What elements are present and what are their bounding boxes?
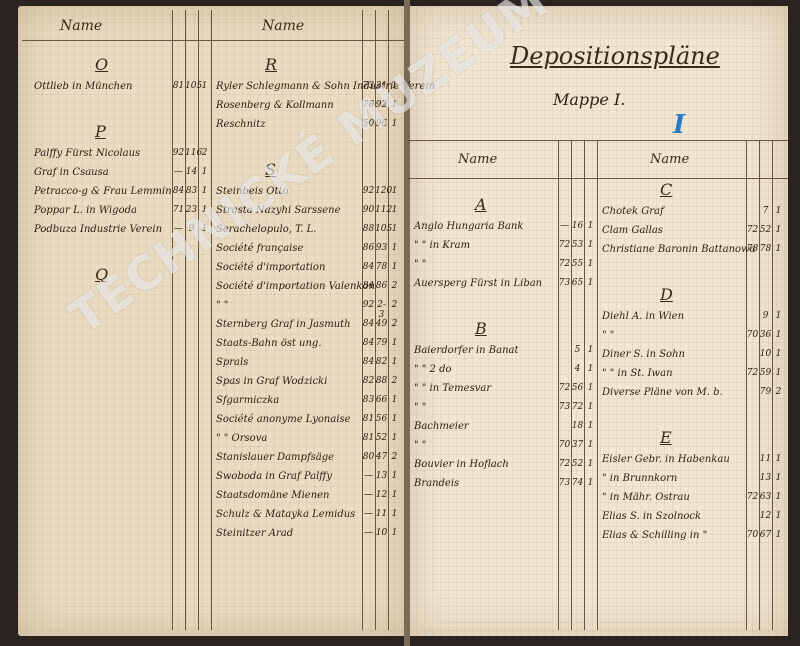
ledger-anz: 2 (388, 319, 401, 329)
ledger-entry-name: Sfgarmiczka (216, 395, 279, 406)
ledger-inv: 84 (362, 281, 375, 291)
ledger-nr: 2-3 (375, 300, 388, 320)
ledger-anz: 1 (388, 224, 401, 234)
ledger-nr: 9 (759, 311, 772, 321)
ledger-entry-name: " " (216, 300, 228, 311)
ledger-nr: 78 (759, 244, 772, 254)
ledger-entry-name: Sprals (216, 357, 248, 368)
ledger-nr: 59 (759, 368, 772, 378)
ledger-inv: — (362, 509, 375, 519)
ledger-entry-name: " " in St. Iwan (602, 368, 673, 379)
ledger-entry-name: " in Mähr. Ostrau (602, 492, 690, 503)
ledger-inv: 72 (746, 368, 759, 378)
ledger-inv: 78 (746, 244, 759, 254)
ledger-anz: 1 (388, 243, 401, 253)
ledger-nr: 14 (185, 167, 198, 177)
ledger-entry-name: Société d'importation Valenkon (216, 281, 375, 292)
ledger-anz: 1 (388, 414, 401, 424)
col-header-name: Name (262, 18, 304, 34)
ledger-anz: 1 (772, 349, 785, 359)
ledger-nr: 72 (571, 402, 584, 412)
ledger-anz: 1 (388, 357, 401, 367)
ledger-entry-name: Eisler Gebr. in Habenkau (602, 454, 730, 465)
ledger-inv: — (362, 528, 375, 538)
ledger-entry-name: Schulz & Matayka Lemidus (216, 509, 355, 520)
ledger-nr: 116 (185, 148, 198, 158)
ledger-nr: 86 (375, 281, 388, 291)
column-rule (198, 10, 199, 630)
ledger-anz: 1 (388, 433, 401, 443)
ledger-inv: 84 (362, 319, 375, 329)
ledger-anz: 1 (388, 490, 401, 500)
ledger-inv: 81 (362, 433, 375, 443)
ledger-inv: — (362, 471, 375, 481)
ledger-anz: 2 (198, 148, 211, 158)
ledger-inv: 73 (558, 278, 571, 288)
ledger-anz: 1 (388, 471, 401, 481)
ledger-entry-name: Diner S. in Sohn (602, 349, 685, 360)
ledger-inv: — (558, 221, 571, 231)
ledger-entry-name: Poppar L. in Wigoda (34, 205, 137, 216)
section-letter: R (265, 55, 277, 74)
ledger-inv: 84 (362, 357, 375, 367)
ledger-nr: 52 (375, 433, 388, 443)
ledger-inv: 72 (558, 383, 571, 393)
header-rule (22, 40, 404, 41)
ledger-entry-name: Diverse Pläne von M. b. (602, 387, 723, 398)
ledger-anz: 1 (772, 511, 785, 521)
ledger-nr: 63 (759, 492, 772, 502)
ledger-nr: 12 (759, 511, 772, 521)
ledger-nr: 13 (375, 471, 388, 481)
ledger-entry-name: Brandeis (414, 478, 459, 489)
ledger-nr: 78 (375, 262, 388, 272)
ledger-anz: 1 (584, 364, 597, 374)
ledger-entry-name: Elias & Schilling in " (602, 530, 707, 541)
ledger-entry-name: Clam Gallas (602, 225, 663, 236)
ledger-nr: 105 (375, 224, 388, 234)
ledger-anz: 2 (772, 387, 785, 397)
ledger-anz: 1 (198, 81, 211, 91)
ledger-nr: 83 (185, 186, 198, 196)
ledger-entry-name: Elias S. in Szolnock (602, 511, 701, 522)
ledger-anz: 2 (388, 376, 401, 386)
ledger-entry-name: Sternberg Graf in Jasmuth (216, 319, 351, 330)
ledger-inv: 81 (172, 81, 185, 91)
ledger-entry-name: Anglo Hungaria Bank (414, 221, 523, 232)
ledger-nr: 7 (759, 206, 772, 216)
ledger-inv: 88 (362, 224, 375, 234)
ledger-nr: 53 (571, 240, 584, 250)
ledger-inv: 92 (362, 186, 375, 196)
ledger-anz: 1 (388, 395, 401, 405)
ledger-anz: 1 (772, 311, 785, 321)
ledger-entry-name: Petracco-g & Frau Lemmin (34, 186, 172, 197)
ledger-entry-name: Steinitzer Arad (216, 528, 293, 539)
ledger-nr: 120 (375, 186, 388, 196)
ledger-entry-name: " " (414, 440, 426, 451)
ledger-entry-name: Reschnitz (216, 119, 266, 130)
ledger-entry-name: Diehl A. in Wien (602, 311, 684, 322)
ledger-anz: 1 (388, 509, 401, 519)
ledger-entry-name: Bachmeier (414, 421, 469, 432)
ledger-inv: 70 (746, 330, 759, 340)
ledger-entry-name: Swoboda in Graf Palffy (216, 471, 332, 482)
ledger-inv: 80 (362, 452, 375, 462)
ledger-nr: 10 (759, 349, 772, 359)
ledger-entry-name: Chotek Graf (602, 206, 664, 217)
ledger-entry-name: Auersperg Fürst in Liban (414, 278, 542, 289)
ledger-anz: 1 (584, 278, 597, 288)
ledger-entry-name: " " 2 do (414, 364, 452, 375)
ledger-entry-name: Stanislauer Dampfsäge (216, 452, 334, 463)
ledger-inv: 72 (746, 492, 759, 502)
ledger-anz: 1 (584, 383, 597, 393)
section-letter: E (660, 428, 672, 447)
ledger-entry-name: Staats-Bahn öst ung. (216, 338, 322, 349)
ledger-entry-name: Société anonyme Lyonaise (216, 414, 351, 425)
ledger-anz: 1 (388, 262, 401, 272)
ledger-entry-name: " in Brunnkorn (602, 473, 677, 484)
ledger-nr: 93 (375, 243, 388, 253)
column-rule (211, 10, 212, 630)
ledger-anz: 1 (584, 421, 597, 431)
ledger-entry-name: Société d'importation (216, 262, 325, 273)
ledger-inv: 70 (558, 440, 571, 450)
ledger-inv: — (362, 490, 375, 500)
ledger-anz: 1 (772, 330, 785, 340)
ledger-inv: 72 (558, 259, 571, 269)
ledger-nr: 55 (571, 259, 584, 269)
column-rule (746, 140, 747, 630)
ledger-anz: 2 (388, 281, 401, 291)
section-letter: P (95, 122, 106, 141)
ledger-anz: 1 (584, 459, 597, 469)
ledger-entry-name: " " in Kram (414, 240, 470, 251)
ledger-anz: 1 (388, 186, 401, 196)
ledger-inv: 73 (558, 402, 571, 412)
ledger-entry-name: Palffy Fürst Nicolaus (34, 148, 140, 159)
ledger-entry-name: Staatsdomäne Mienen (216, 490, 330, 501)
ledger-inv: 82 (362, 376, 375, 386)
ledger-nr: 52 (571, 459, 584, 469)
ledger-anz: 1 (388, 528, 401, 538)
ledger-nr: 67 (759, 530, 772, 540)
ledger-nr: 49 (375, 319, 388, 329)
ledger-entry-name: Ottlieb in München (34, 81, 132, 92)
ledger-nr: 47 (375, 452, 388, 462)
ledger-nr: 79 (375, 338, 388, 348)
column-rule (185, 10, 186, 630)
ledger-entry-name: Bouvier in Hoflach (414, 459, 509, 470)
ledger-entry-name: Podbuza Industrie Verein (34, 224, 162, 235)
folder-label: Mappe I. (553, 90, 625, 109)
section-letter: O (95, 55, 108, 74)
section-letter: A (475, 195, 487, 214)
section-letter: D (660, 285, 673, 304)
ledger-nr: 88 (375, 376, 388, 386)
ledger-inv: 72 (746, 225, 759, 235)
ledger-nr: 105 (185, 81, 198, 91)
ledger-anz: 1 (772, 454, 785, 464)
header-rule (408, 178, 788, 179)
ledger-inv: 84 (362, 338, 375, 348)
ledger-anz: 1 (772, 244, 785, 254)
col-header-name: Name (458, 152, 497, 167)
ledger-nr: 66 (375, 395, 388, 405)
ledger-entry-name: Rosenberg & Kollmann (216, 100, 334, 111)
ledger-anz: 1 (388, 338, 401, 348)
ledger-anz: 1 (772, 225, 785, 235)
ledger-inv: 72 (558, 459, 571, 469)
ledger-anz: 1 (584, 240, 597, 250)
ledger-anz: 1 (584, 440, 597, 450)
ledger-inv: 92 (172, 148, 185, 158)
ledger-entry-name: " " in Temesvar (414, 383, 491, 394)
ledger-anz: 1 (772, 368, 785, 378)
ledger-nr: 56 (571, 383, 584, 393)
ledger-nr: 13 (759, 473, 772, 483)
ledger-entry-name: " " (602, 330, 614, 341)
ledger-anz: 1 (584, 402, 597, 412)
ledger-inv: 72 (558, 240, 571, 250)
ledger-inv: 84 (362, 262, 375, 272)
ledger-entry-name: Baierdorfer in Banat (414, 345, 519, 356)
ledger-anz: 1 (772, 206, 785, 216)
ledger-nr: 16 (571, 221, 584, 231)
ledger-anz: 1 (388, 205, 401, 215)
ledger-nr: 112 (375, 205, 388, 215)
ledger-inv: 81 (362, 414, 375, 424)
ledger-nr: 36 (759, 330, 772, 340)
ledger-inv: 70 (746, 530, 759, 540)
ledger-anz: 2 (388, 452, 401, 462)
page-title: Depositionspläne (510, 42, 720, 70)
ledger-nr: 5 (571, 345, 584, 355)
col-header-name: Name (650, 152, 689, 167)
ledger-anz: 1 (772, 492, 785, 502)
ledger-inv: 84 (172, 186, 185, 196)
ledger-inv: 92 (362, 300, 375, 310)
section-letter: C (660, 180, 672, 199)
column-rule (172, 10, 173, 630)
ledger-entry-name: " " Orsova (216, 433, 267, 444)
ledger-inv: 86 (362, 243, 375, 253)
ledger-inv: 73 (558, 478, 571, 488)
blue-pencil-mark: I (673, 110, 685, 140)
ledger-nr: 65 (571, 278, 584, 288)
ledger-nr: 10 (375, 528, 388, 538)
section-letter: B (475, 319, 487, 338)
ledger-anz: 1 (584, 345, 597, 355)
ledger-nr: 82 (375, 357, 388, 367)
column-rule (597, 140, 598, 630)
ledger-entry-name: " " (414, 402, 426, 413)
ledger-nr: 11 (759, 454, 772, 464)
ledger-anz: 1 (772, 473, 785, 483)
ledger-inv: — (172, 167, 185, 177)
ledger-inv: 90 (362, 205, 375, 215)
ledger-nr: 79 (759, 387, 772, 397)
ledger-anz: 1 (584, 478, 597, 488)
ledger-entry-name: Graf in Csausa (34, 167, 109, 178)
ledger-nr: 52 (759, 225, 772, 235)
ledger-entry-name: Spas in Graf Wodzicki (216, 376, 327, 387)
ledger-nr: 56 (375, 414, 388, 424)
ledger-anz: 1 (772, 530, 785, 540)
ledger-anz: 1 (198, 167, 211, 177)
ledger-entry-name: " " (414, 259, 426, 270)
ledger-inv: 83 (362, 395, 375, 405)
ledger-anz: 2 (388, 300, 401, 310)
ledger-anz: 1 (584, 221, 597, 231)
col-header-name: Name (60, 18, 102, 34)
ledger-nr: 12 (375, 490, 388, 500)
ledger-nr: 11 (375, 509, 388, 519)
ledger-nr: 37 (571, 440, 584, 450)
ledger-anz: 1 (584, 259, 597, 269)
ledger-entry-name: Christiane Baronin Battanowa (602, 244, 756, 255)
header-rule (408, 140, 788, 141)
ledger-nr: 74 (571, 478, 584, 488)
ledger-nr: 18 (571, 421, 584, 431)
ledger-nr: 4 (571, 364, 584, 374)
